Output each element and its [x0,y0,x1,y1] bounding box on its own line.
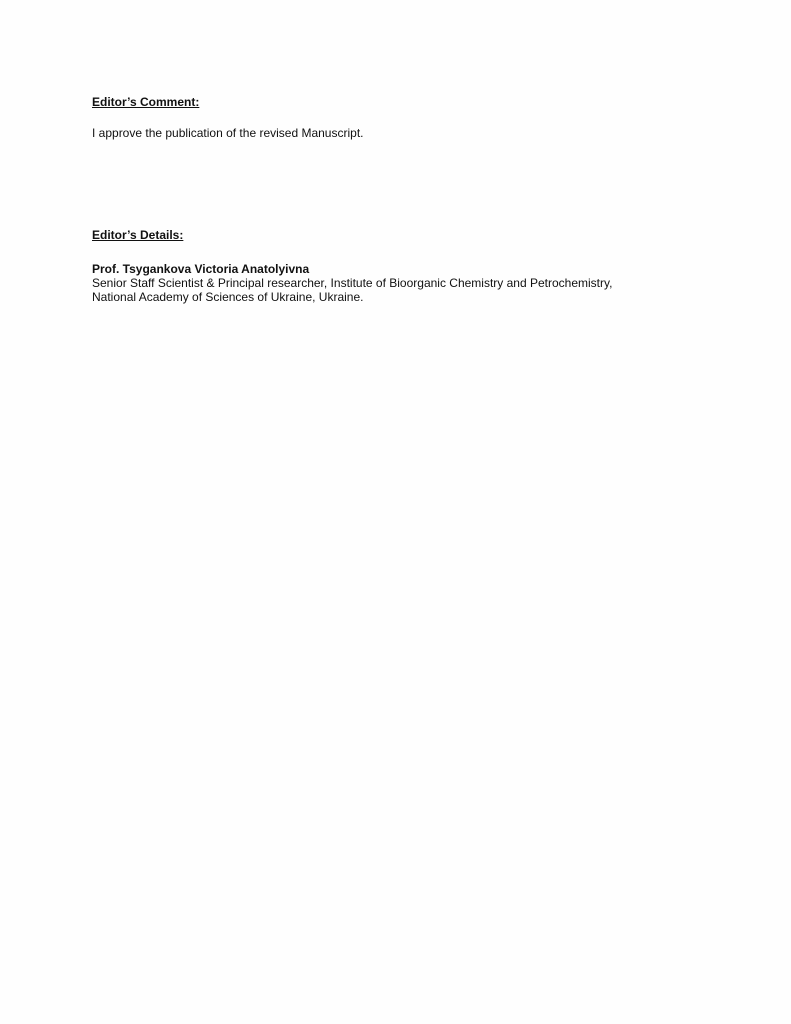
document-page: Editor’s Comment: I approve the publicat… [0,0,791,1024]
editor-affiliation-line-1: Senior Staff Scientist & Principal resea… [92,276,612,290]
editor-name: Prof. Tsygankova Victoria Anatolyivna [92,262,309,276]
editor-comment-heading: Editor’s Comment: [92,95,199,109]
editor-comment-body: I approve the publication of the revised… [92,126,364,140]
editor-affiliation-line-2: National Academy of Sciences of Ukraine,… [92,290,363,304]
editor-details-heading: Editor’s Details: [92,228,183,242]
